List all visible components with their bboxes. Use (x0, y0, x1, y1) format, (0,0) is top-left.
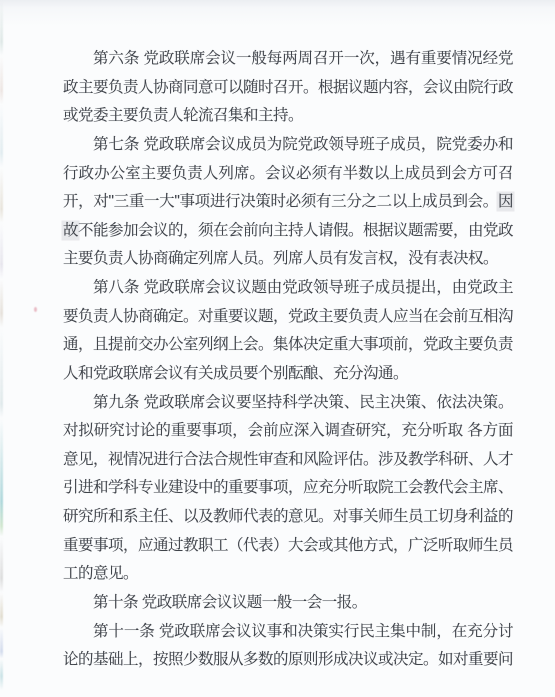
text-segment: 开，对"三重一大"事项进行决策时必须有三分之二以上成员到会。 (63, 193, 498, 210)
text-line: 行政办公室主要负责人列席。会议必须有半数以上成员到会方可召 (63, 160, 513, 189)
text-line: 论的基础上，按照少数服从多数的原则形成决议或决定。如对重要问 (63, 646, 513, 675)
text-segment: 对拟研究讨论的重要事项，会前应深入调查研究，充分听取 各方面 (63, 422, 513, 439)
scan-edge-artifacts (0, 0, 3, 697)
text-line: 要负责人协商确定。对重要议题，党政主要负责人应当在会前互相沟 (63, 303, 513, 332)
text-segment: 第十条 党政联席会议议题一般一会一报。 (93, 594, 367, 611)
document-page: 第六条 党政联席会议一般每两周召开一次，遇有重要情况经党政主要负责人协商同意可以… (0, 0, 555, 697)
document-text: 第六条 党政联席会议一般每两周召开一次，遇有重要情况经党政主要负责人协商同意可以… (63, 45, 513, 675)
text-segment: 行政办公室主要负责人列席。会议必须有半数以上成员到会方可召 (63, 165, 513, 182)
text-segment: 第十一条 党政联席会议议事和决策实行民主集中制，在充分讨 (93, 623, 513, 640)
text-line: 第七条 党政联席会议成员为院党政领导班子成员，院党委办和 (63, 131, 513, 160)
text-line: 第六条 党政联席会议一般每两周召开一次，遇有重要情况经党 (63, 45, 513, 74)
text-segment: 或党委主要负责人轮流召集和主持。 (63, 107, 303, 124)
text-line: 主要负责人协商确定列席人员。列席人员有发言权，没有表决权。 (63, 245, 513, 274)
text-segment: 意见，视情况进行合法合规性审查和风险评估。涉及教学科研、人才 (63, 451, 513, 468)
highlighted-text: 因 (498, 193, 513, 210)
text-line: 或党委主要负责人轮流召集和主持。 (63, 102, 513, 131)
text-segment: 政主要负责人协商同意可以随时召开。根据议题内容，会议由院行政 (63, 79, 513, 96)
text-segment: 引进和学科专业建设中的重要事项，应充分听取院工会教代会主席、 (63, 479, 513, 496)
text-segment: 第六条 党政联席会议一般每两周召开一次，遇有重要情况经党 (93, 50, 513, 67)
scan-speck (34, 307, 37, 312)
text-segment: 人和党政联席会议有关成员要个别酝酿、充分沟通。 (63, 365, 408, 382)
highlighted-text: 故 (63, 222, 78, 239)
text-line: 开，对"三重一大"事项进行决策时必须有三分之二以上成员到会。因 (63, 188, 513, 217)
text-line: 工的意见。 (63, 560, 513, 589)
text-line: 意见，视情况进行合法合规性审查和风险评估。涉及教学科研、人才 (63, 446, 513, 475)
text-segment: 第八条 党政联席会议议题由党政领导班子成员提出，由党政主 (93, 279, 513, 296)
text-segment: 要负责人协商确定。对重要议题，党政主要负责人应当在会前互相沟 (63, 308, 513, 325)
text-line: 第十条 党政联席会议议题一般一会一报。 (63, 589, 513, 618)
text-line: 第十一条 党政联席会议议事和决策实行民主集中制，在充分讨 (63, 618, 513, 647)
text-segment: 通，且提前交办公室列纲上会。集体决定重大事项前，党政主要负责 (63, 336, 513, 353)
text-line: 对拟研究讨论的重要事项，会前应深入调查研究，充分听取 各方面 (63, 417, 513, 446)
text-line: 第八条 党政联席会议议题由党政领导班子成员提出，由党政主 (63, 274, 513, 303)
text-line: 通，且提前交办公室列纲上会。集体决定重大事项前，党政主要负责 (63, 331, 513, 360)
text-segment: 第九条 党政联席会议要坚持科学决策、民主决策、依法决策。 (93, 394, 513, 411)
text-segment: 工的意见。 (63, 565, 138, 582)
text-line: 重要事项，应通过教职工（代表）大会或其他方式，广泛听取师生员 (63, 532, 513, 561)
text-segment: 研究所和系主任、以及教师代表的意见。对事关师生员工切身利益的 (63, 508, 513, 525)
text-segment: 第七条 党政联席会议成员为院党政领导班子成员，院党委办和 (93, 136, 513, 153)
text-line: 故不能参加会议的，须在会前向主持人请假。根据议题需要，由党政 (63, 217, 513, 246)
text-line: 引进和学科专业建设中的重要事项，应充分听取院工会教代会主席、 (63, 474, 513, 503)
text-segment: 论的基础上，按照少数服从多数的原则形成决议或决定。如对重要问 (63, 651, 513, 668)
text-line: 第九条 党政联席会议要坚持科学决策、民主决策、依法决策。 (63, 389, 513, 418)
text-segment: 不能参加会议的，须在会前向主持人请假。根据议题需要，由党政 (78, 222, 513, 239)
text-line: 人和党政联席会议有关成员要个别酝酿、充分沟通。 (63, 360, 513, 389)
text-segment: 主要负责人协商确定列席人员。列席人员有发言权，没有表决权。 (63, 250, 498, 267)
text-line: 政主要负责人协商同意可以随时召开。根据议题内容，会议由院行政 (63, 74, 513, 103)
text-segment: 重要事项，应通过教职工（代表）大会或其他方式，广泛听取师生员 (63, 537, 513, 554)
text-line: 研究所和系主任、以及教师代表的意见。对事关师生员工切身利益的 (63, 503, 513, 532)
